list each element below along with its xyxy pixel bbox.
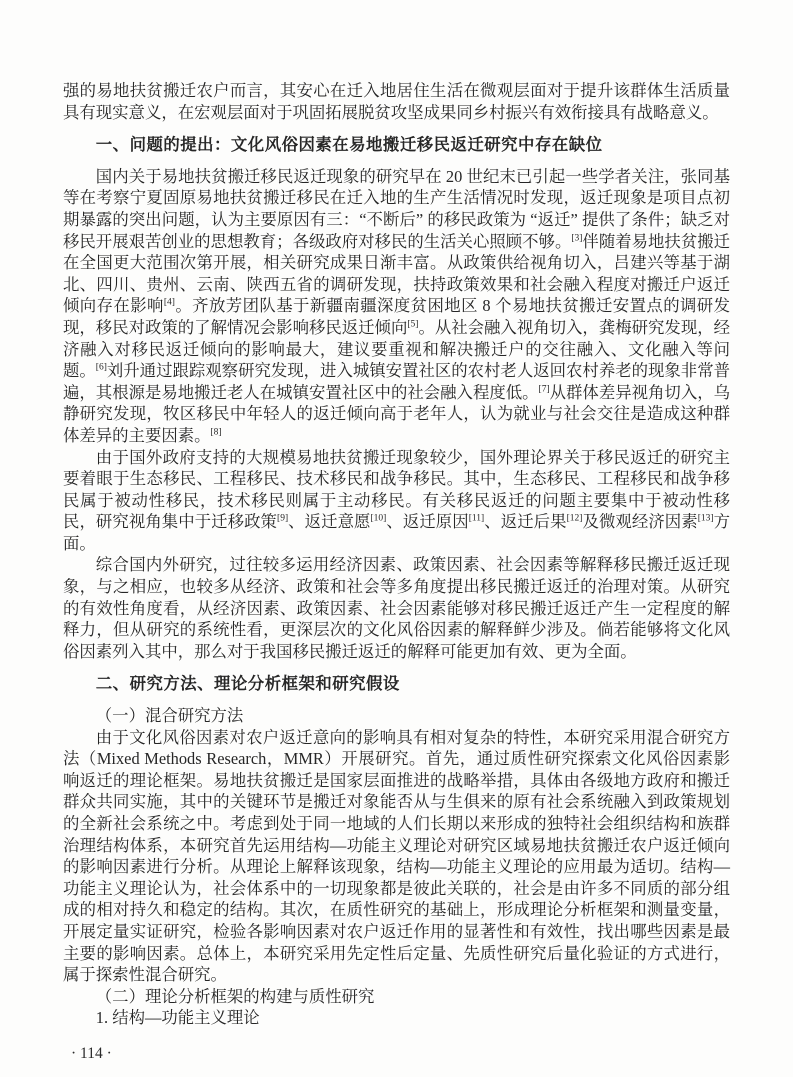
paragraph-synthesis: 综合国内外研究，过往较多运用经济因素、政策因素、社会因素等解释移民搬迁返迁现象，… (63, 554, 730, 662)
footnote-reference: [7] (539, 384, 550, 394)
footnote-reference: [9] (277, 514, 288, 524)
subheading-structural-functionalism: 1. 结构—功能主义理论 (63, 1007, 730, 1029)
page-content: 强的易地扶贫搬迁农户而言，其安心在迁入地居住生活在微观层面对于提升该群体生活质量… (63, 80, 730, 1029)
footnote-reference: [12] (567, 514, 583, 524)
footnote-reference: [5] (407, 319, 418, 329)
footnote-reference: [13] (698, 514, 714, 524)
document-page: 强的易地扶贫搬迁农户而言，其安心在迁入地居住生活在微观层面对于提升该群体生活质量… (0, 0, 793, 1077)
footnote-reference: [8] (211, 427, 222, 437)
paragraph-foreign-research: 由于国外政府支持的大规模易地扶贫搬迁现象较少，国外理论界关于移民返迁的研究主要着… (63, 447, 730, 555)
footnote-reference: [3] (571, 233, 582, 243)
section-heading-2: 二、研究方法、理论分析框架和研究假设 (63, 674, 730, 696)
page-number: · 114 · (63, 1045, 730, 1063)
subheading-framework: （二）理论分析框架的构建与质性研究 (63, 986, 730, 1008)
footnote-reference: [4] (164, 298, 175, 308)
paragraph-continuation: 强的易地扶贫搬迁农户而言，其安心在迁入地居住生活在微观层面对于提升该群体生活质量… (63, 80, 730, 123)
footnote-reference: [6] (96, 363, 107, 373)
footnote-reference: [10] (371, 514, 387, 524)
paragraph-domestic-research: 国内关于易地扶贫搬迁移民返迁现象的研究早在 20 世纪末已引起一些学者关注，张同… (63, 166, 730, 447)
section-heading-1: 一、问题的提出：文化风俗因素在易地搬迁移民返迁研究中存在缺位 (63, 135, 730, 157)
subheading-mixed-methods: （一）混合研究方法 (63, 705, 730, 727)
footnote-reference: [11] (469, 514, 484, 524)
paragraph-mixed-methods: 由于文化风俗因素对农户返迁意向的影响具有相对复杂的特性，本研究采用混合研究方法（… (63, 727, 730, 986)
